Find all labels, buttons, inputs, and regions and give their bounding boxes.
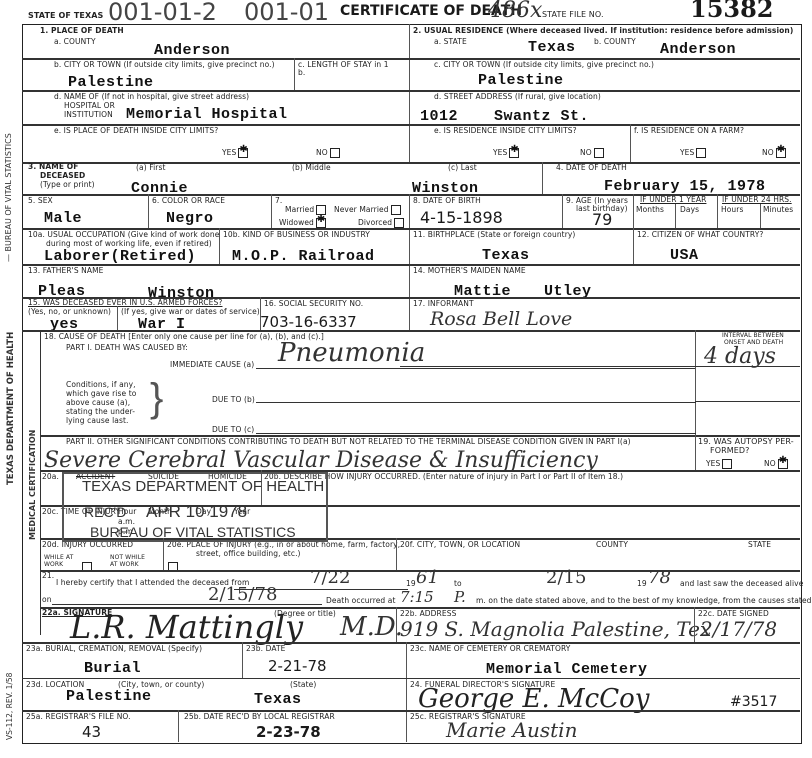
- birthplace: Texas: [482, 247, 530, 264]
- months-label: Months: [636, 206, 664, 214]
- autopsy-no[interactable]: NO: [764, 459, 788, 469]
- death-county: Anderson: [154, 42, 230, 59]
- inside-city-label: e. IS PLACE OF DEATH INSIDE CITY LIMITS?: [54, 127, 218, 135]
- cert-from-year: 61: [416, 567, 439, 588]
- conditions-note-1: Conditions, if any,: [66, 381, 136, 389]
- res-street-label: d. STREET ADDRESS (If rural, give locati…: [434, 93, 601, 101]
- name-label-2: DECEASED: [40, 172, 85, 180]
- hospital-label-3: INSTITUTION: [64, 111, 113, 119]
- hospital-name: Memorial Hospital: [126, 106, 288, 123]
- conditions-note-5: lying cause last.: [66, 417, 129, 425]
- informant: Rosa Bell Love: [430, 308, 572, 330]
- part-1-label: PART I. DEATH WAS CAUSED BY:: [66, 344, 188, 352]
- divider: [22, 264, 800, 266]
- res-inside-yes[interactable]: YES: [493, 148, 519, 158]
- conditions-note-4: stating the under-: [66, 408, 135, 416]
- citizen-label: 12. CITIZEN OF WHAT COUNTRY?: [637, 231, 764, 239]
- res-city-label: c. CITY OR TOWN (If outside city limits,…: [434, 61, 654, 69]
- injury-a-label: 20a.: [42, 473, 59, 481]
- res-county: Anderson: [660, 41, 736, 58]
- middle-name-label: (b) Middle: [292, 164, 331, 172]
- margin-bureau: — BUREAU OF VITAL STATISTICS: [4, 133, 13, 262]
- occupation-label-2: during most of working life, even if ret…: [46, 240, 212, 248]
- dob-label: 8. DATE OF BIRTH: [413, 197, 481, 205]
- res-inside-no[interactable]: NO: [580, 148, 604, 158]
- divider: [633, 194, 634, 228]
- marital-widowed[interactable]: Widowed: [279, 218, 326, 228]
- injury-county-label: COUNTY: [596, 541, 628, 549]
- checkbox[interactable]: [330, 148, 340, 158]
- checkbox-checked[interactable]: [776, 148, 786, 158]
- days-label: Days: [680, 206, 699, 214]
- registrar-signature: Marie Austin: [446, 718, 577, 742]
- res-city: Palestine: [478, 72, 564, 89]
- divider: [396, 607, 397, 642]
- under-1-year-label: IF UNDER 1 YEAR: [640, 196, 706, 204]
- line: [256, 368, 696, 369]
- marital-label: 7.: [275, 197, 282, 205]
- divider: [695, 401, 800, 402]
- divider: [409, 194, 410, 330]
- autopsy-label-2: FORMED?: [710, 447, 750, 456]
- informant-label: 17. INFORMANT: [413, 300, 474, 308]
- registrar-date: 2-23-78: [256, 723, 321, 741]
- state-label: STATE OF TEXAS: [28, 12, 103, 21]
- divider: [219, 228, 220, 264]
- divider: [630, 124, 631, 164]
- hospital-label: d. NAME OF (If not in hospital, give str…: [54, 93, 249, 101]
- injury-e-label-2: street, office building, etc.): [196, 550, 301, 558]
- physician-address: 919 S. Magnolia Palestine, Tex: [400, 617, 711, 641]
- armed-sub-2: (If yes, give war or dates of service): [121, 308, 260, 316]
- checkbox[interactable]: [722, 459, 732, 469]
- burial-date: 2-21-78: [268, 657, 327, 675]
- divider: [717, 194, 718, 228]
- divider: [562, 194, 563, 228]
- res-state-label: a. STATE: [434, 38, 467, 46]
- res-street-number: 1012: [420, 108, 458, 125]
- occupation-label: 10a. USUAL OCCUPATION (Give kind of work…: [28, 231, 219, 239]
- res-farm-no[interactable]: NO: [762, 148, 786, 158]
- divider: [178, 710, 179, 742]
- received-stamp: TEXAS DEPARTMENT OF HEALTH REC'D APR 10 …: [62, 472, 328, 542]
- burial-city: Palestine: [66, 688, 152, 705]
- death-inside-no[interactable]: NO: [316, 148, 340, 158]
- state-file-label: STATE FILE NO.: [542, 11, 604, 20]
- degree-label: (Degree or title): [274, 610, 336, 618]
- marital-divorced[interactable]: Divorced: [358, 218, 404, 228]
- name-label: 3. NAME OF: [28, 163, 78, 171]
- immediate-cause-label: IMMEDIATE CAUSE (a): [170, 361, 254, 369]
- registrar-file-label: 25a. REGISTRAR'S FILE NO.: [26, 713, 131, 721]
- cert-to-year: 78: [648, 567, 671, 588]
- divider: [675, 204, 676, 228]
- res-inside-label: e. IS RESIDENCE INSIDE CITY LIMITS?: [434, 127, 577, 135]
- burial-b-label: 23b. DATE: [246, 645, 285, 653]
- ssn: 703-16-6337: [260, 313, 357, 331]
- due-to-c-label: DUE TO (c): [212, 426, 254, 434]
- stamp-line-1: TEXAS DEPARTMENT OF HEALTH: [82, 478, 324, 495]
- divider: [633, 228, 634, 264]
- conditions-note-2: which gave rise to: [66, 390, 136, 398]
- degree: M.D.: [340, 612, 403, 642]
- checkbox-checked[interactable]: [238, 148, 248, 158]
- disposition: Burial: [84, 660, 141, 677]
- director-number: #3517: [730, 694, 777, 710]
- divider: [694, 607, 695, 642]
- divider: [117, 306, 118, 330]
- cert-from-year-prefix: 19: [406, 580, 416, 588]
- divider: [406, 642, 407, 742]
- race: Negro: [166, 210, 214, 227]
- date-of-death: February 15, 1978: [604, 178, 766, 195]
- handwritten-code-1: 001-01-2: [108, 0, 217, 26]
- father-label: 13. FATHER'S NAME: [28, 267, 104, 275]
- divider: [409, 24, 410, 164]
- res-farm-yes[interactable]: YES: [680, 148, 706, 158]
- stamp-line-3: BUREAU OF VITAL STATISTICS: [90, 524, 296, 540]
- ssn-label: 16. SOCIAL SECURITY NO.: [264, 300, 363, 308]
- res-state: Texas: [528, 39, 576, 56]
- margin-medical: MEDICAL CERTIFICATION: [28, 430, 37, 540]
- due-to-b-label: DUE TO (b): [212, 396, 255, 404]
- registrar-date-label: 25b. DATE REC'D BY LOCAL REGISTRAR: [184, 713, 335, 721]
- checkbox[interactable]: [696, 148, 706, 158]
- cert-num: 21.: [42, 572, 54, 580]
- margin-form-id: VS-112, REV. 1/58: [5, 673, 14, 740]
- business: M.O.P. Railroad: [232, 248, 375, 265]
- burial-state: Texas: [254, 691, 302, 708]
- line: [256, 433, 696, 434]
- line: [256, 402, 696, 403]
- res-farm-label: f. IS RESIDENCE ON A FARM?: [634, 127, 744, 135]
- immediate-cause: Pneumonia: [278, 338, 425, 368]
- sex: Male: [44, 210, 82, 227]
- divider: [242, 642, 243, 678]
- business-label: 10b. KIND OF BUSINESS OR INDUSTRY: [223, 231, 370, 239]
- cert-to-year-prefix: 19: [637, 580, 647, 588]
- checkbox[interactable]: [594, 148, 604, 158]
- death-city: Palestine: [68, 74, 154, 91]
- city-label: b. CITY OR TOWN (If outside city limits,…: [54, 61, 275, 69]
- burial-c-label: 23c. NAME OF CEMETERY OR CREMATORY: [410, 645, 570, 653]
- registrar-file-number: 43: [82, 723, 101, 741]
- divider: [294, 58, 295, 90]
- cert-text-3: m. on the date stated above, and to the …: [476, 597, 812, 605]
- name-label-3: (Type or print): [40, 181, 95, 189]
- checkbox-checked[interactable]: [509, 148, 519, 158]
- checkbox-checked[interactable]: [316, 218, 326, 228]
- cert-on-date: 2/15/78: [208, 584, 277, 605]
- date-of-death-label: 4. DATE OF DEATH: [556, 164, 627, 172]
- conditions-note-3: above cause (a),: [66, 399, 130, 407]
- divider: [400, 366, 800, 367]
- margin-department: TEXAS DEPARTMENT OF HEALTH: [6, 332, 16, 485]
- part-2-label: PART II. OTHER SIGNIFICANT CONDITIONS CO…: [66, 438, 631, 446]
- injury-not-while-work[interactable]: NOT WHILE AT WORK: [110, 555, 154, 568]
- armed-sub-1: (Yes, no, or unknown): [28, 308, 111, 316]
- burial-a-label: 23a. BURIAL, CREMATION, REMOVAL (Specify…: [26, 645, 202, 653]
- cert-to: to: [454, 580, 462, 588]
- first-name-label: (a) First: [136, 164, 166, 172]
- place-of-death-label: 1. PLACE OF DEATH: [40, 27, 124, 35]
- marital-never-married[interactable]: Never Married: [334, 205, 401, 215]
- last-name-label: (c) Last: [448, 164, 477, 172]
- birthplace-label: 11. BIRTHPLACE (State or foreign country…: [413, 231, 575, 239]
- under-24-hrs-label: IF UNDER 24 HRS.: [722, 196, 792, 204]
- physician-signature: L.R. Mattingly: [70, 608, 303, 646]
- checkbox[interactable]: [394, 218, 404, 228]
- stamp-recd: REC'D: [84, 504, 126, 520]
- line: [52, 604, 322, 605]
- divider: [163, 538, 164, 570]
- injury-state-label: STATE: [748, 541, 771, 549]
- injury-e-label: 20e. PLACE OF INJURY (e.g., in or about …: [167, 541, 400, 549]
- cert-text-2: and last saw the deceased alive: [680, 580, 803, 588]
- injury-while-work[interactable]: WHILE AT WORK: [44, 555, 84, 568]
- checkbox-checked[interactable]: [778, 459, 788, 469]
- cemetery: Memorial Cemetery: [486, 661, 648, 678]
- divider: [760, 204, 761, 228]
- autopsy-yes[interactable]: YES: [706, 459, 732, 469]
- injury-d-label: 20d. INJURY OCCURRED: [42, 541, 133, 549]
- date-signed: 2/17/78: [700, 617, 777, 641]
- death-ampm: P.: [454, 588, 466, 606]
- minutes-label: Minutes: [763, 206, 793, 214]
- checkbox[interactable]: [391, 205, 401, 215]
- res-street: Swantz St.: [494, 108, 589, 125]
- hours-label: Hours: [721, 206, 743, 214]
- state-file-number: 15382: [690, 0, 774, 23]
- divider: [396, 538, 397, 570]
- injury-f-label: 20f. CITY, TOWN, OR LOCATION: [400, 541, 520, 549]
- race-label: 6. COLOR OR RACE: [152, 197, 225, 205]
- age: 79: [592, 210, 612, 229]
- handwritten-number: 486x: [488, 0, 542, 23]
- death-time: 7:15: [400, 588, 434, 606]
- divider: [271, 194, 272, 228]
- cert-from-date: 7/22: [310, 567, 350, 588]
- burial-d-sub-2: (State): [290, 681, 316, 689]
- divider: [695, 330, 696, 435]
- date-of-birth: 4-15-1898: [420, 208, 503, 227]
- cert-on: on: [42, 596, 52, 604]
- divider: [695, 435, 696, 470]
- armed-forces-label: 15. WAS DECEASED EVER IN U.S. ARMED FORC…: [28, 299, 222, 307]
- handwritten-code-2: 001-01: [244, 0, 329, 26]
- residence-label: 2. USUAL RESIDENCE (Where deceased lived…: [413, 27, 793, 35]
- citizen: USA: [670, 247, 699, 264]
- sex-label: 5. SEX: [28, 197, 53, 205]
- stamp-date: APR 10 1978: [146, 502, 247, 522]
- occupation: Laborer(Retired): [44, 248, 196, 265]
- cert-to-date: 2/15: [546, 567, 586, 588]
- divider: [22, 678, 800, 679]
- divider: [542, 162, 543, 194]
- death-occurred-label: Death occurred at: [326, 597, 396, 605]
- bracket: }: [150, 378, 163, 418]
- mother-label: 14. MOTHER'S MAIDEN NAME: [413, 267, 526, 275]
- res-county-label: b. COUNTY: [594, 38, 636, 46]
- death-inside-yes[interactable]: YES: [222, 148, 248, 158]
- hospital-label-2: HOSPITAL OR: [64, 102, 115, 110]
- county-label: a. COUNTY: [54, 38, 96, 46]
- stay-label: c. LENGTH OF STAY in 1 b.: [298, 61, 398, 78]
- divider: [148, 194, 149, 228]
